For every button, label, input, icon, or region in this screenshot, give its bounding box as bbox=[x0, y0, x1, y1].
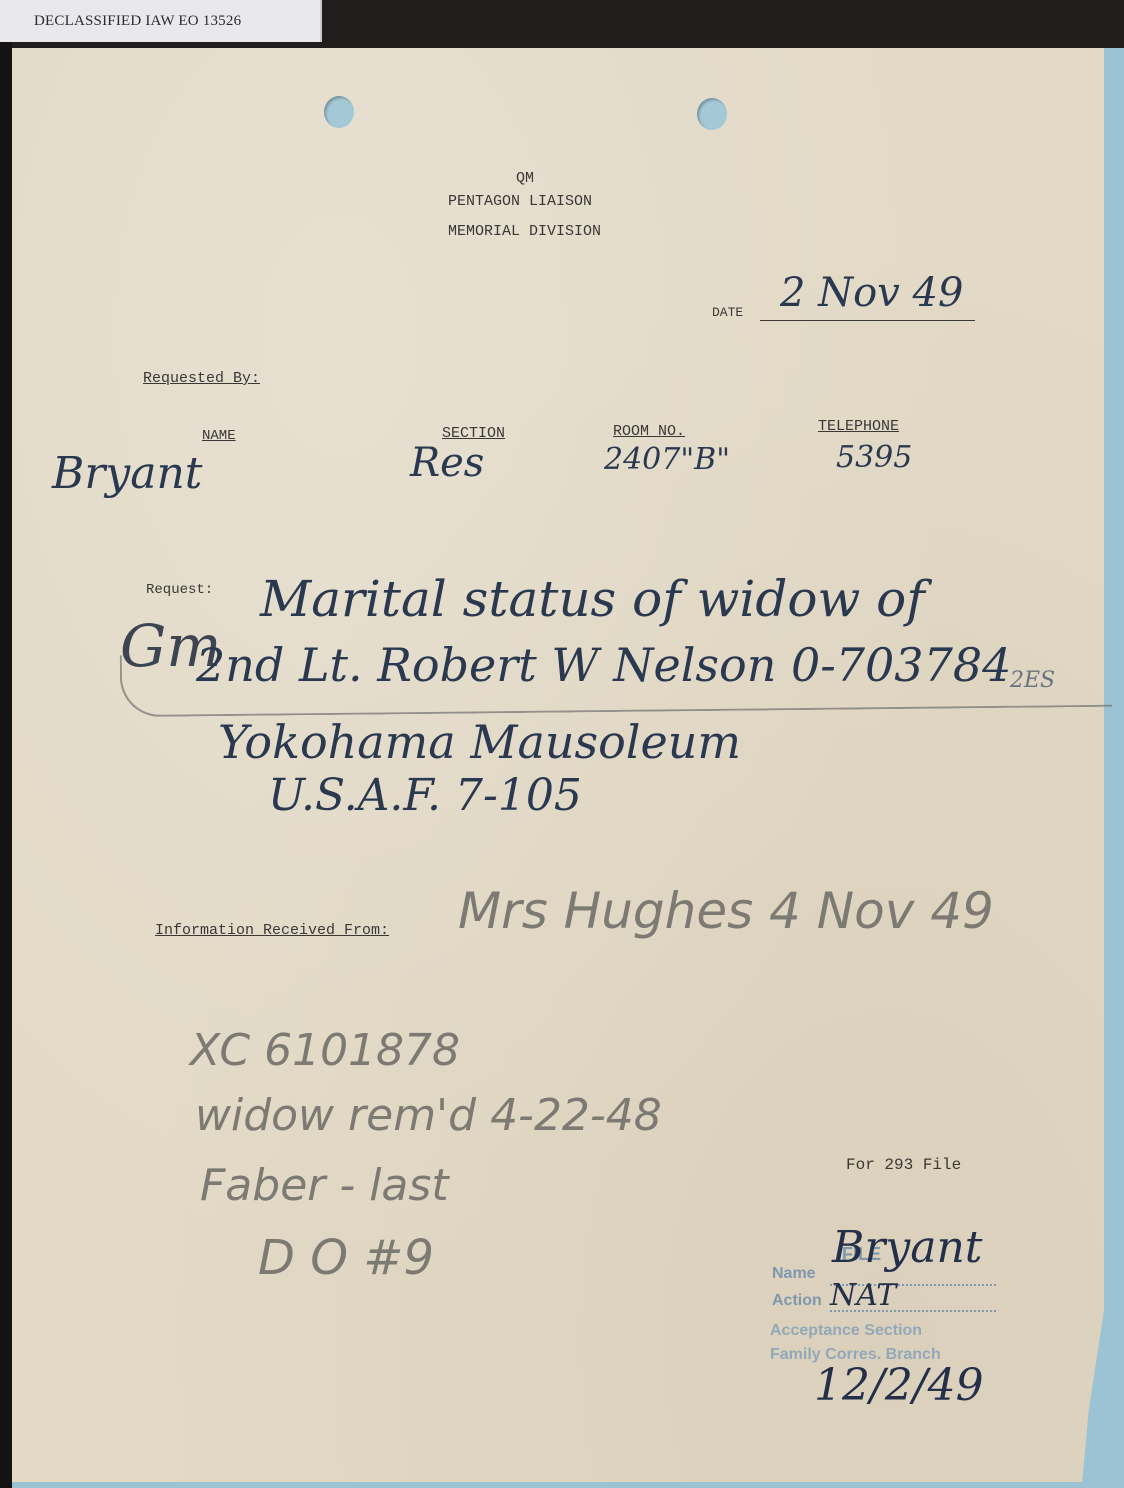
pencil-bracket-line bbox=[120, 645, 1113, 717]
section-value: Res bbox=[410, 440, 484, 486]
telephone-value: 5395 bbox=[836, 440, 912, 475]
requested-by-label: Requested By: bbox=[143, 370, 260, 387]
stamp-name-label: Name bbox=[772, 1265, 816, 1283]
file-note: For 293 File bbox=[846, 1156, 961, 1174]
request-line-1: Marital status of widow of bbox=[260, 570, 925, 628]
stamp-date: 12/2/49 bbox=[814, 1360, 984, 1411]
room-column-header: ROOM NO. bbox=[613, 423, 685, 440]
stamp-action-value: NAT bbox=[830, 1278, 896, 1313]
stamp-name-value: Bryant bbox=[832, 1222, 982, 1273]
stamp-action-label: Action bbox=[772, 1292, 822, 1310]
pencil-note-1: XC 6101878 bbox=[190, 1025, 460, 1076]
stamp-section: Acceptance Section bbox=[770, 1322, 922, 1340]
room-value: 2407"B" bbox=[604, 442, 730, 477]
scan-border-left bbox=[0, 0, 12, 1488]
date-value: 2 Nov 49 bbox=[780, 270, 963, 316]
pencil-note-2: widow rem'd 4-22-48 bbox=[195, 1090, 662, 1141]
header-pentagon-liaison: PENTAGON LIAISON bbox=[448, 193, 592, 210]
request-line-4: U.S.A.F. 7-105 bbox=[268, 770, 582, 821]
pencil-note-4: D O #9 bbox=[258, 1230, 434, 1286]
request-line-3: Yokohama Mausoleum bbox=[218, 715, 741, 769]
declassification-banner: DECLASSIFIED IAW EO 13526 bbox=[0, 0, 322, 42]
header-qm: QM bbox=[516, 170, 534, 187]
declassification-text: DECLASSIFIED IAW EO 13526 bbox=[34, 13, 241, 30]
date-label: DATE bbox=[712, 305, 743, 320]
name-column-header: NAME bbox=[202, 428, 236, 444]
pencil-note-3: Faber - last bbox=[200, 1160, 449, 1211]
information-label: Information Received From: bbox=[155, 922, 389, 939]
information-value: Mrs Hughes 4 Nov 49 bbox=[458, 882, 994, 940]
telephone-column-header: TELEPHONE bbox=[818, 418, 899, 435]
request-label: Request: bbox=[146, 582, 213, 598]
punch-hole-left-icon bbox=[324, 96, 354, 128]
header-memorial-division: MEMORIAL DIVISION bbox=[448, 223, 601, 240]
name-value: Bryant bbox=[52, 448, 202, 499]
date-underline bbox=[760, 320, 975, 321]
punch-hole-right-icon bbox=[697, 98, 727, 130]
